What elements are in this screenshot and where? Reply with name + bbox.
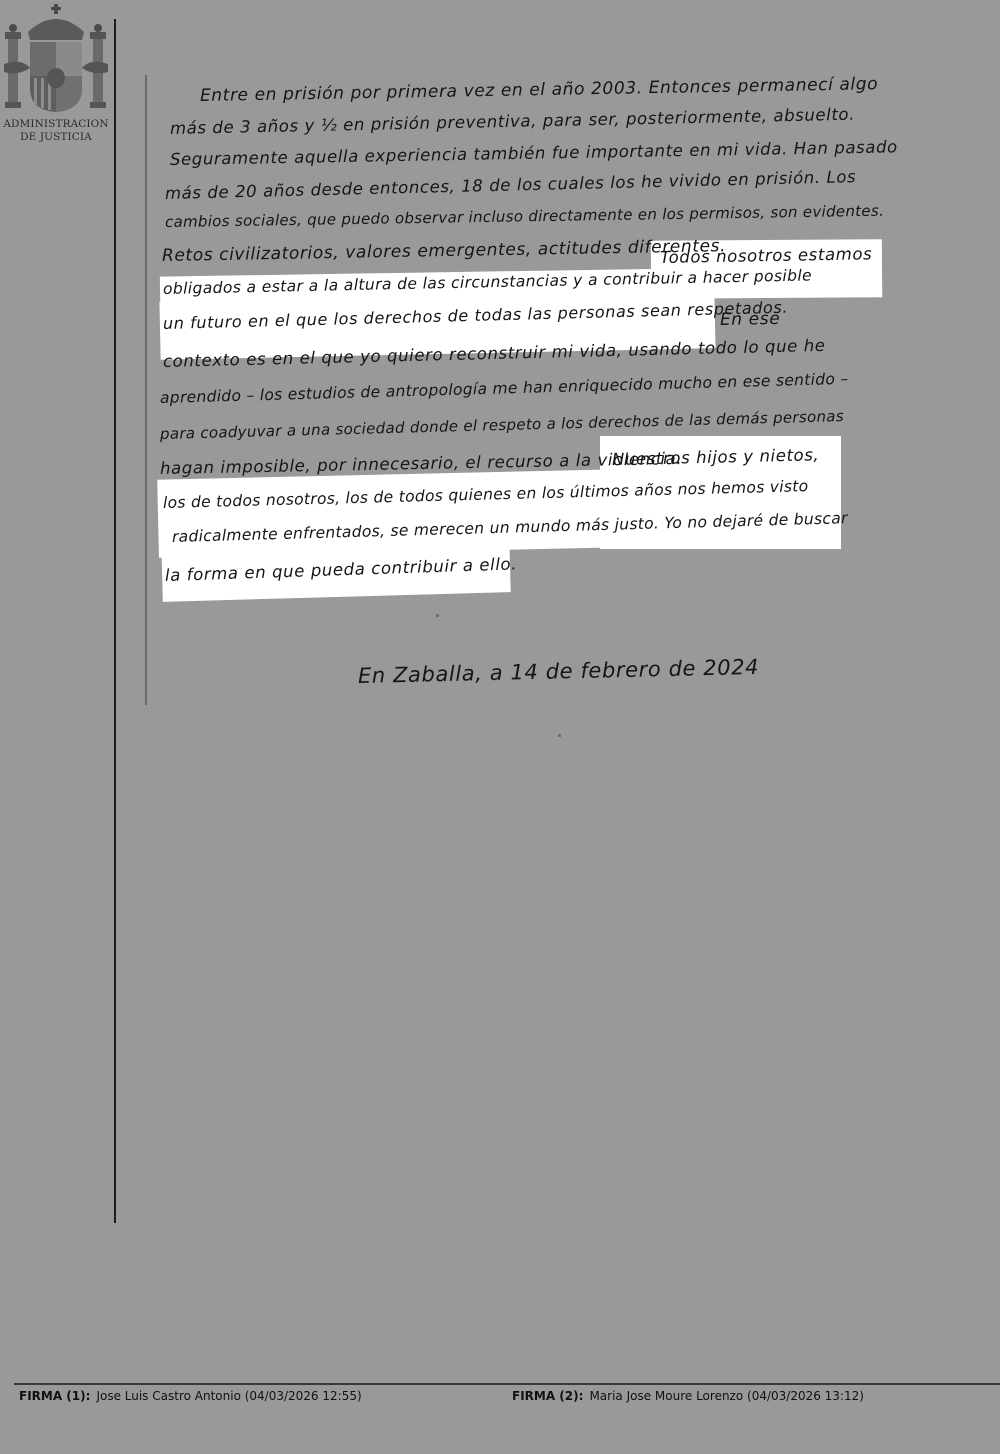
letter-line-highlighted: Todos nosotros estamos <box>660 244 873 267</box>
letter-line: Seguramente aquella experiencia también … <box>170 137 898 169</box>
scan-speck <box>436 614 439 617</box>
institution-emblem: ADMINISTRACION DE JUSTICIA <box>0 0 112 150</box>
coat-of-arms-icon <box>2 2 110 114</box>
signature-2-label: FIRMA (2): <box>512 1389 583 1403</box>
scan-speck <box>558 734 561 737</box>
letter-line: cambios sociales, que puedo observar inc… <box>165 202 884 231</box>
place-and-date: En Zaballa, a 14 de febrero de 2024 <box>358 655 760 688</box>
signature-2-name: Maria Jose Moure Lorenzo (04/03/2026 13:… <box>589 1389 864 1403</box>
letter-line: Retos civilizatorios, valores emergentes… <box>162 236 726 266</box>
letter-line: En ese <box>720 309 781 330</box>
institution-name-line1: ADMINISTRACION <box>0 118 112 131</box>
signature-1-label: FIRMA (1): <box>19 1389 90 1403</box>
signature-1: FIRMA (1):Jose Luis Castro Antonio (04/0… <box>19 1389 362 1403</box>
letter-line: aprendido – los estudios de antropología… <box>160 370 849 407</box>
signature-rule <box>14 1383 1000 1385</box>
letter-line: Entre en prisión por primera vez en el a… <box>200 74 879 106</box>
letter-line: más de 20 años desde entonces, 18 de los… <box>165 167 857 203</box>
signature-1-name: Jose Luis Castro Antonio (04/03/2026 12:… <box>96 1389 361 1403</box>
signature-2: FIRMA (2):Maria Jose Moure Lorenzo (04/0… <box>512 1389 864 1403</box>
institution-name-line2: DE JUSTICIA <box>0 131 112 144</box>
scan-margin-rule <box>145 75 147 705</box>
page-margin-rule <box>114 19 116 1223</box>
letter-line: más de 3 años y ½ en prisión preventiva,… <box>170 105 855 138</box>
